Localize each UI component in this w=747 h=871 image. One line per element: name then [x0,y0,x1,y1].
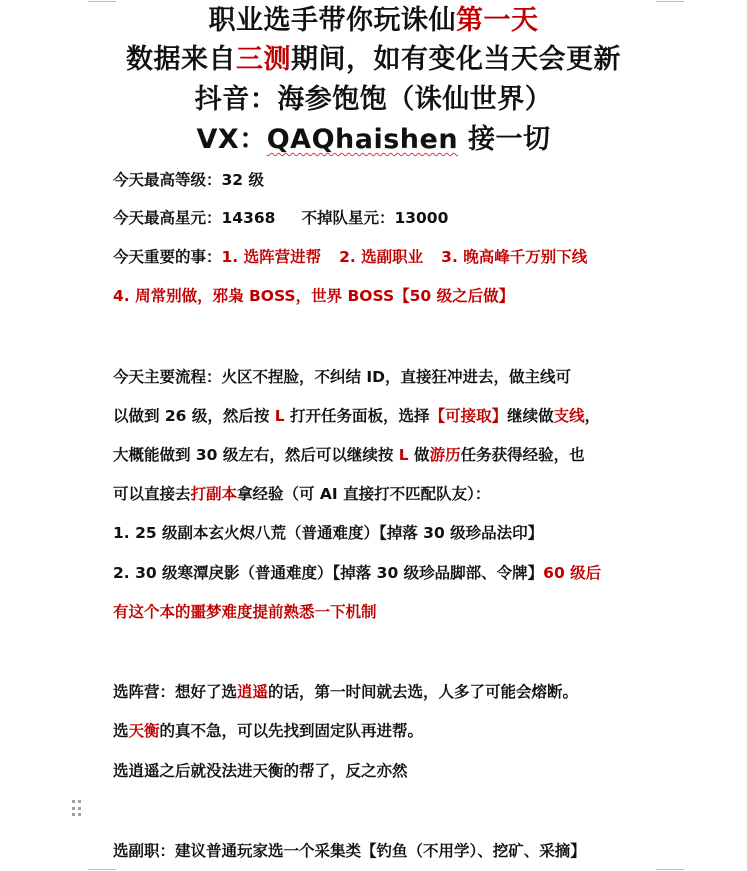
drag-handle-icon[interactable] [72,800,82,818]
text: 任务获得经验，也 [461,446,585,464]
text: ， [585,407,601,425]
important-item: 2. 选副职业 [339,248,423,266]
highlight: 打副本 [191,485,238,503]
important-line-1: 今天重要的事：1. 选阵营进帮2. 选副职业3. 晚高峰千万别下线 [113,246,587,268]
vx-line: VX：QAQhaishen 接一切 [0,122,747,158]
faction-line-1: 选阵营：想好了选逍遥的话，第一时间就去选，人多了可能会熔断。 [113,681,578,703]
important-line-2: 4. 周常别做，邪枭 BOSS，世界 BOSS【50 级之后做】 [113,285,514,307]
text: 选阵营：想好了选 [113,683,237,701]
highlight: 【可接取】 [430,407,508,425]
max-level: 今天最高等级：32 级 [113,169,264,191]
dungeon-1: 1. 25 级副本玄火烬八荒（普通难度）【掉落 30 级珍品法印】 [113,522,543,544]
text: 的话，第一时间就去选，人多了可能会熔断。 [268,683,578,701]
vx-label: VX： [197,124,267,155]
faction-line-2: 选天衡的真不急，可以先找到固定队再进帮。 [113,720,423,742]
title-text: 职业选手带你玩诛仙 [209,5,457,36]
important-item: 1. 选阵营进帮 [222,248,322,266]
page-corner-mark [656,1,684,2]
text: 做 [409,446,430,464]
text: 以做到 26 级，然后按 [113,407,275,425]
text: 可以直接去 [113,485,191,503]
important-item: 3. 晚高峰千万别下线 [441,248,587,266]
title-highlight: 第一天 [456,5,539,36]
highlight: 支线 [554,407,585,425]
text: 的真不急，可以先找到固定队再进帮。 [160,722,424,740]
text: 2. 30 级寒潭戾影（普通难度）【掉落 30 级珍品脚部、令牌】 [113,564,543,582]
flow-line-2: 以做到 26 级，然后按 L 打开任务面板，选择【可接取】继续做支线， [113,405,600,427]
note-highlight: 三测 [236,44,291,75]
star-stats: 今天最高星元：14368不掉队星元：13000 [113,207,448,229]
text: 选 [113,722,129,740]
subjob-line: 选副职：建议普通玩家选一个采集类【钓鱼（不用学）、挖矿、采摘】 [113,840,586,862]
highlight: 逍遥 [237,683,268,701]
flow-line-1: 今天主要流程：火区不捏脸，不纠结 ID，直接狂冲进去，做主线可 [113,366,571,388]
data-source-note: 数据来自三测期间，如有变化当天会更新 [0,42,747,78]
dungeon-2-note: 有这个本的噩梦难度提前熟悉一下机制 [113,601,377,623]
page-corner-mark [88,1,116,2]
flow-line-3: 大概能做到 30 级左右，然后可以继续按 L 做游历任务获得经验，也 [113,444,585,466]
text: 继续做 [507,407,554,425]
dungeon-2: 2. 30 级寒潭戾影（普通难度）【掉落 30 级珍品脚部、令牌】60 级后 [113,562,601,584]
text: 打开任务面板，选择 [285,407,430,425]
note-text: 数据来自 [126,44,236,75]
text: 拿经验（可 AI 直接打不匹配队友）： [237,485,490,503]
page-corner-mark [88,869,116,870]
page-corner-mark [656,869,684,870]
vx-suffix: 接一切 [458,124,550,155]
no-drop-star: 不掉队星元：13000 [301,209,448,227]
vx-id: QAQhaishen [267,124,458,155]
highlight: 60 级后 [543,564,601,582]
flow-line-4: 可以直接去打副本拿经验（可 AI 直接打不匹配队友）： [113,483,490,505]
doc-title: 职业选手带你玩诛仙第一天 [0,3,747,39]
max-star: 今天最高星元：14368 [113,209,275,227]
text: 大概能做到 30 级左右，然后可以继续按 [113,446,399,464]
key-l: L [399,446,409,464]
note-text: 期间，如有变化当天会更新 [291,44,621,75]
highlight: 游历 [430,446,461,464]
highlight: 天衡 [129,722,160,740]
important-label: 今天重要的事： [113,248,222,266]
douyin-line: 抖音：海参饱饱（诛仙世界） [0,82,747,118]
faction-line-3: 选逍遥之后就没法进天衡的帮了，反之亦然 [113,760,408,782]
key-l: L [275,407,285,425]
